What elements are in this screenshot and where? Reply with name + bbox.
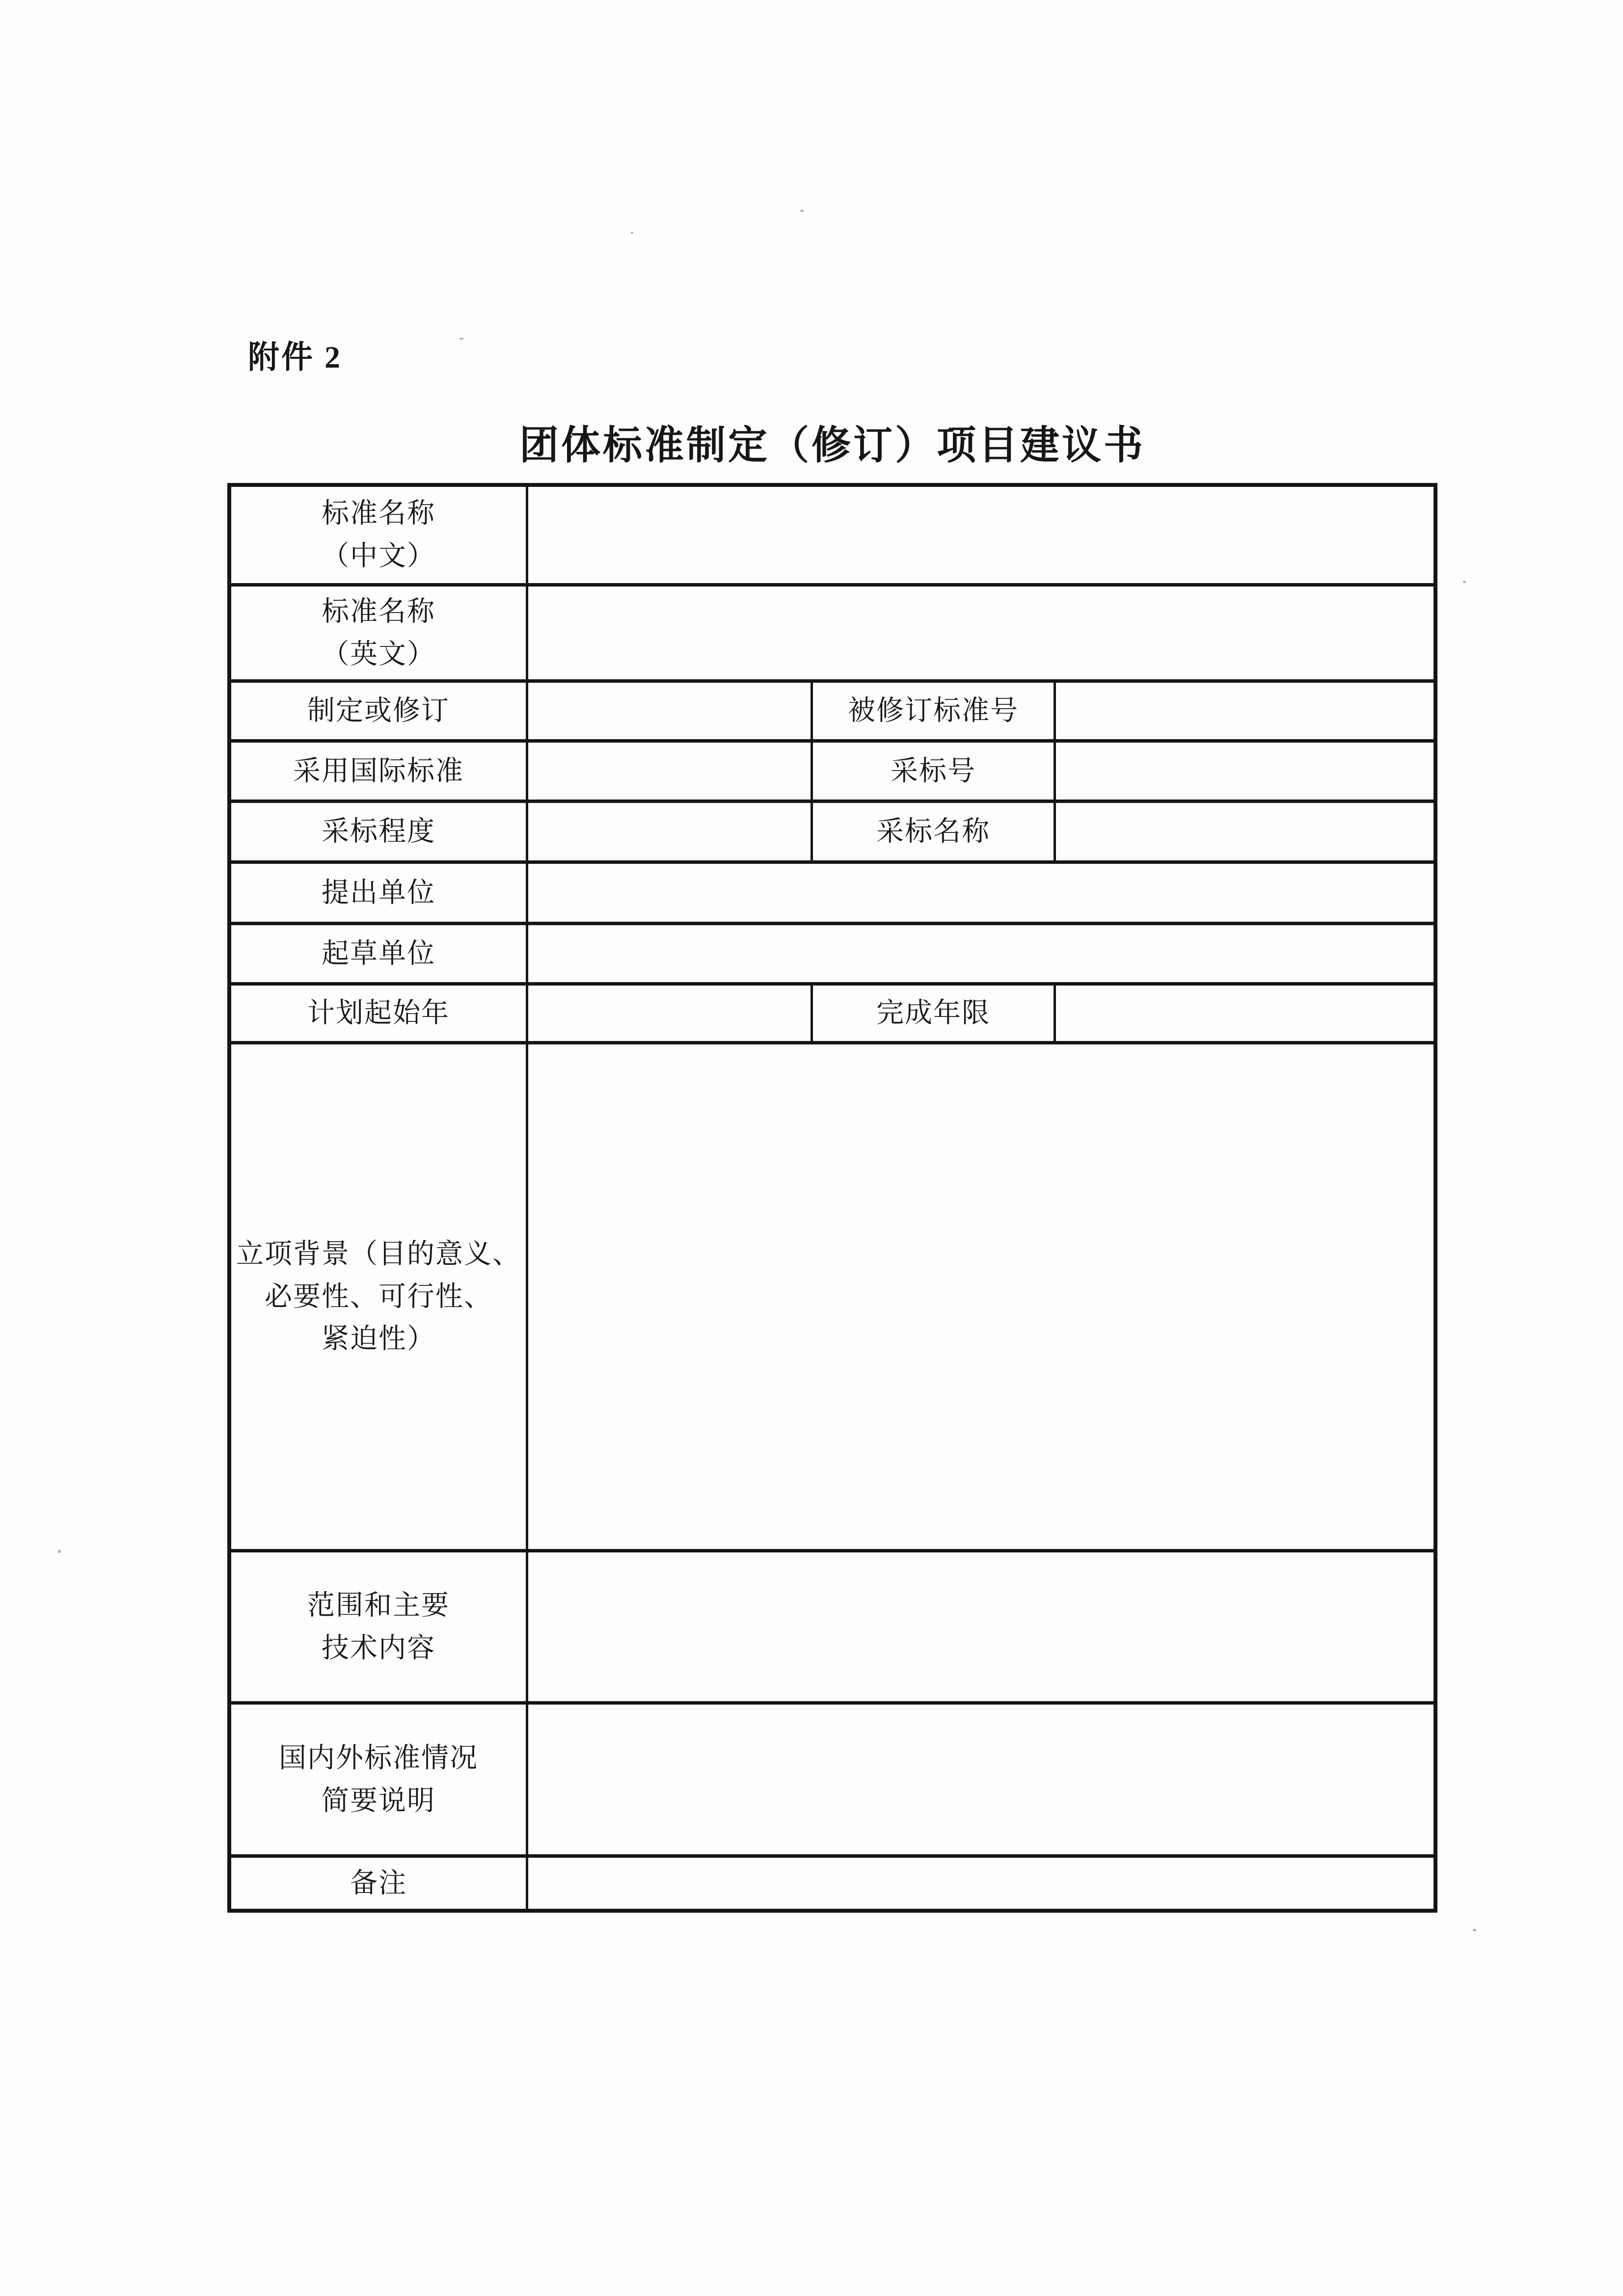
scan-artifact	[631, 232, 633, 234]
row-drafting-unit: 起草单位	[231, 925, 1434, 986]
label-draft-or-revise: 制定或修订	[231, 683, 528, 739]
label-adoption-name: 采标名称	[813, 803, 1056, 860]
scan-artifact	[460, 338, 463, 340]
field-proposing-unit	[528, 864, 1434, 922]
attachment-label: 附件 2	[248, 332, 342, 377]
label-adopt-intl-standard: 采用国际标准	[231, 743, 528, 800]
label-project-background: 立项背景（目的意义、 必要性、可行性、 紧迫性）	[231, 1044, 528, 1549]
row-adoption-degree: 采标程度 采标名称	[231, 803, 1434, 864]
label-remarks: 备注	[231, 1858, 528, 1909]
scan-artifact	[1473, 1929, 1476, 1931]
label-scope-main-technical-content: 范围和主要 技术内容	[231, 1552, 528, 1701]
field-project-background	[528, 1044, 1434, 1549]
field-adoption-no	[1056, 743, 1434, 800]
row-standard-name-en: 标准名称 （英文）	[231, 587, 1434, 683]
label-revised-standard-no: 被修订标准号	[813, 683, 1056, 739]
field-adoption-degree	[528, 803, 813, 860]
row-project-background: 立项背景（目的意义、 必要性、可行性、 紧迫性）	[231, 1044, 1434, 1552]
proposal-form-table: 标准名称 （中文） 标准名称 （英文） 制定或修订 被修订标准号 采用国际标准 …	[227, 483, 1437, 1913]
scanned-document-page: 附件 2 团体标准制定（修订）项目建议书 标准名称 （中文） 标准名称 （英文）…	[0, 0, 1623, 2296]
field-domestic-foreign-standards-brief	[528, 1705, 1434, 1854]
row-adopt-intl-standard: 采用国际标准 采标号	[231, 743, 1434, 803]
field-standard-name-cn	[528, 487, 1434, 583]
row-domestic-foreign-standards-brief: 国内外标准情况 简要说明	[231, 1705, 1434, 1858]
row-standard-name-cn: 标准名称 （中文）	[231, 487, 1434, 587]
row-plan-start-year: 计划起始年 完成年限	[231, 986, 1434, 1044]
row-remarks: 备注	[231, 1858, 1434, 1909]
field-plan-start-year	[528, 986, 813, 1041]
field-draft-or-revise	[528, 683, 813, 739]
field-completion-deadline	[1056, 986, 1434, 1041]
row-scope-main-technical-content: 范围和主要 技术内容	[231, 1552, 1434, 1705]
label-completion-deadline: 完成年限	[813, 986, 1056, 1041]
field-adoption-name	[1056, 803, 1434, 860]
field-standard-name-en	[528, 587, 1434, 679]
label-plan-start-year: 计划起始年	[231, 986, 528, 1041]
label-drafting-unit: 起草单位	[231, 925, 528, 982]
label-adoption-degree: 采标程度	[231, 803, 528, 860]
scan-artifact	[1463, 581, 1466, 583]
form-title: 团体标准制定（修订）项目建议书	[227, 413, 1437, 470]
label-proposing-unit: 提出单位	[231, 864, 528, 922]
label-domestic-foreign-standards-brief: 国内外标准情况 简要说明	[231, 1705, 528, 1854]
field-adopt-intl-standard	[528, 743, 813, 800]
scan-artifact	[800, 210, 804, 212]
scan-artifact	[58, 1550, 61, 1553]
label-adoption-no: 采标号	[813, 743, 1056, 800]
label-standard-name-cn: 标准名称 （中文）	[231, 487, 528, 583]
field-remarks	[528, 1858, 1434, 1909]
field-revised-standard-no	[1056, 683, 1434, 739]
field-scope-main-technical-content	[528, 1552, 1434, 1701]
field-drafting-unit	[528, 925, 1434, 982]
label-standard-name-en: 标准名称 （英文）	[231, 587, 528, 679]
row-draft-or-revise: 制定或修订 被修订标准号	[231, 683, 1434, 743]
row-proposing-unit: 提出单位	[231, 864, 1434, 925]
